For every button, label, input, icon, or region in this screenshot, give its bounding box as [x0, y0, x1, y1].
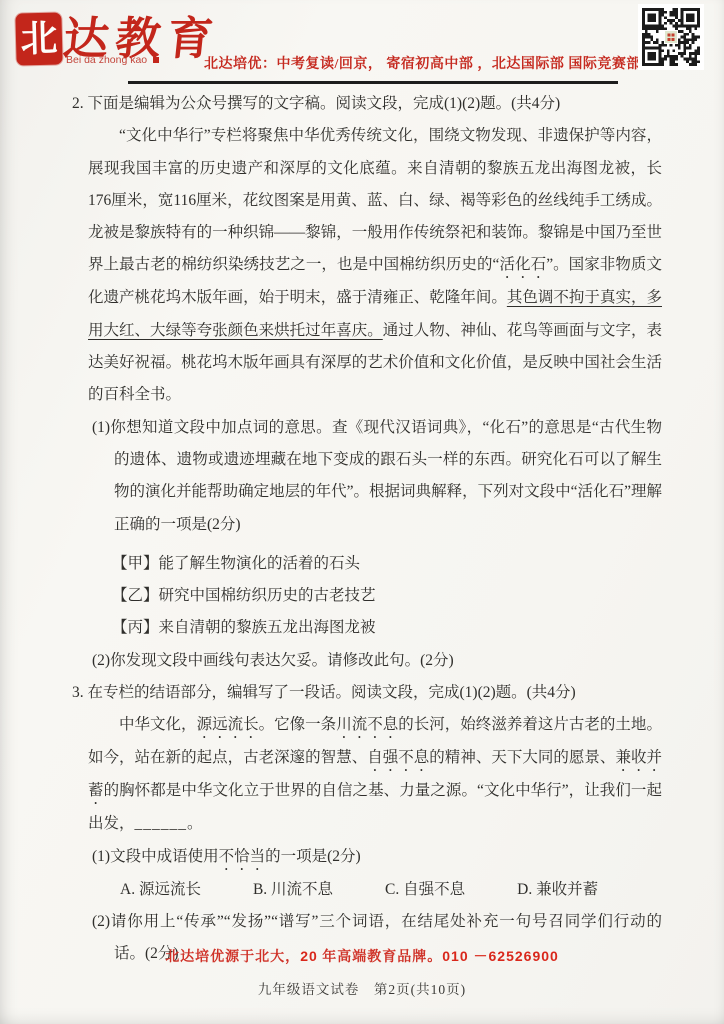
- promo-text: 北达培优源于北大，: [165, 950, 300, 965]
- choice-option: B. 川流不息: [253, 874, 333, 906]
- segment-text: (2)你发现文段中画线句表达欠妥。请修改此句。(2分): [92, 652, 454, 669]
- choice-option: A. 源远流长: [120, 874, 201, 906]
- segment-text: 【甲】能了解生物演化的活着的石头: [112, 555, 360, 572]
- question-3-1: (1)文段中成语使用不恰当的一项是(2分): [92, 841, 662, 874]
- promo-phone: 010 －62526900: [442, 948, 559, 964]
- segment-text: (1)你想知道文段中加点词的意思。查《现代汉语词典》，“化石”的意思是“古代生物…: [92, 419, 662, 533]
- question-2-stem: 2. 下面是编辑为公众号撰写的文字稿。阅读文段，完成(1)(2)题。(共4分): [72, 88, 662, 120]
- segment-blank: ______: [135, 815, 188, 832]
- segment-text: 中华文化，: [119, 716, 197, 733]
- brand-pinyin: Bei da zhong kao: [66, 54, 147, 66]
- promo-text: 年高端教育品牌。: [318, 950, 443, 965]
- qr-code-icon: [638, 4, 704, 70]
- question-2-1: (1)你想知道文段中加点词的意思。查《现代汉语词典》，“化石”的意思是“古代生物…: [92, 412, 662, 541]
- option-bing: 【丙】来自清朝的黎族五龙出海图龙被: [112, 612, 662, 644]
- passage-conclusion: 中华文化，源远流长。它像一条川流不息的长河，始终滋养着这片古老的土地。如今，站在…: [88, 709, 662, 840]
- segment-text: 的精神、天下大同的愿景、: [429, 749, 615, 766]
- choice-option: D. 兼收并蓄: [517, 874, 598, 906]
- choice-option: C. 自强不息: [385, 874, 465, 906]
- brand-pinyin-row: Bei da zhong kao: [66, 54, 159, 66]
- exam-content: 2. 下面是编辑为公众号撰写的文字稿。阅读文段，完成(1)(2)题。(共4分)“…: [62, 88, 662, 971]
- segment-text: 【丙】来自清朝的黎族五龙出海图龙被: [112, 619, 376, 636]
- seal-character: 北: [20, 20, 58, 58]
- segment-text: “文化中华行”专栏将聚焦中华优秀传统文化，围绕文物发现、非遗保护等内容，展现我国…: [88, 127, 662, 273]
- choice-options-row: A. 源远流长B. 川流不息C. 自强不息D. 兼收并蓄: [120, 874, 662, 906]
- segment-dots: 源远流长: [197, 716, 259, 733]
- segment-dots: 活化石: [499, 256, 546, 273]
- segment-text: (1)文段中成语使用: [92, 848, 219, 865]
- footer-promo: 北达培优源于北大，20 年高端教育品牌。010 －62526900: [0, 946, 724, 966]
- segment-dots: 川流不息: [336, 716, 398, 733]
- header-rule: [128, 81, 618, 84]
- segment-dots: 不恰当: [219, 848, 266, 865]
- passage-culture-column: “文化中华行”专栏将聚焦中华优秀传统文化，围绕文物发现、非遗保护等内容，展现我国…: [88, 120, 662, 411]
- promo-years: 20: [300, 948, 318, 964]
- page-number: 九年级语文试卷 第2页(共10页): [0, 978, 724, 998]
- segment-text: 3. 在专栏的结语部分，编辑写了一段话。阅读文段，完成(1)(2)题。(共4分): [72, 684, 576, 701]
- segment-dots: 自强不息: [367, 749, 429, 766]
- exam-paper-page: 北 达教育 Bei da zhong kao 北达培优：中考复读/回京， 寄宿初…: [0, 0, 724, 1024]
- beida-seal-logo: 北: [15, 12, 62, 65]
- question-3-stem: 3. 在专栏的结语部分，编辑写了一段话。阅读文段，完成(1)(2)题。(共4分): [72, 677, 662, 709]
- segment-text: 【乙】研究中国棉纺织历史的古老技艺: [112, 587, 376, 604]
- question-2-2: (2)你发现文段中画线句表达欠妥。请修改此句。(2分): [92, 645, 662, 677]
- header-tagline: 北达培优：中考复读/回京， 寄宿初高中部 ，北达国际部 国际竞赛部: [204, 53, 624, 73]
- option-jia: 【甲】能了解生物演化的活着的石头: [112, 548, 662, 580]
- option-yi: 【乙】研究中国棉纺织历史的古老技艺: [112, 580, 662, 612]
- segment-text: 。: [187, 815, 203, 832]
- segment-text: 的一项是(2分): [265, 848, 361, 865]
- segment-text: 。它像一条: [259, 716, 337, 733]
- segment-text: 2. 下面是编辑为公众号撰写的文字稿。阅读文段，完成(1)(2)题。(共4分): [72, 95, 560, 112]
- square-mark-icon: [153, 57, 159, 63]
